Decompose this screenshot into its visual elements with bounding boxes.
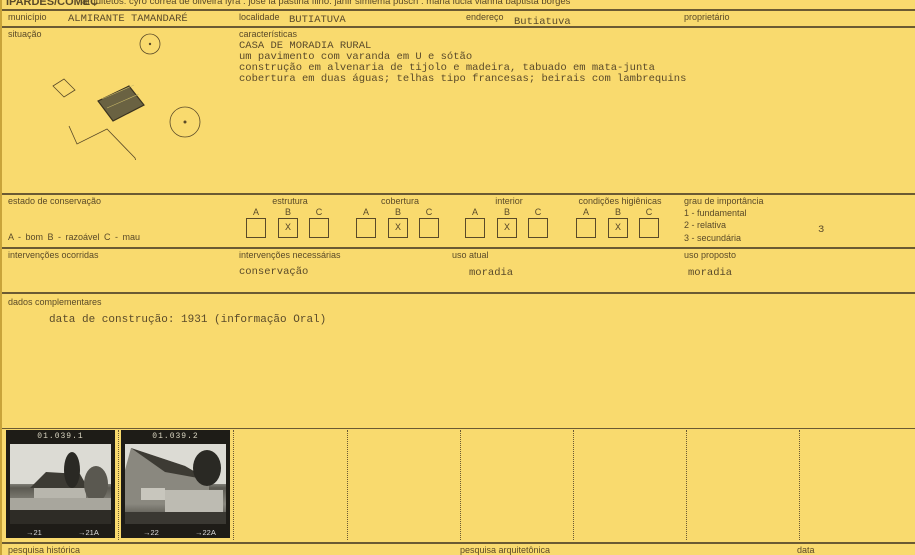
divider [2, 193, 915, 195]
divider [2, 542, 915, 544]
photo-number: 01.039.1 [6, 432, 115, 441]
caracteristicas-line: cobertura em duas águas; telhas tipo fra… [239, 73, 686, 85]
letter-b: B [388, 207, 408, 217]
photo-slot-divider [460, 430, 461, 540]
intervencoes-ocorridas-label: intervenções ocorridas [8, 250, 99, 260]
checkbox-a[interactable] [356, 218, 376, 238]
localidade-label: localidade [239, 12, 280, 22]
letter-a: A [576, 207, 596, 217]
letter-b: B [497, 207, 517, 217]
proprietario-label: proprietário [684, 12, 730, 22]
caracteristicas-label: características [239, 29, 297, 39]
house-photo-icon [10, 444, 111, 524]
endereco-label: endereço [466, 12, 504, 22]
letter-c: C [309, 207, 329, 217]
photo-slot-divider [686, 430, 687, 540]
importancia-label: grau de importância [684, 196, 764, 206]
photo-slot-divider [233, 430, 234, 540]
checkbox-c[interactable] [528, 218, 548, 238]
photo-number: 01.039.2 [121, 432, 230, 441]
checkbox-c[interactable] [309, 218, 329, 238]
checkbox-c[interactable] [419, 218, 439, 238]
frame-label: →21 [26, 528, 42, 537]
letter-b: B [608, 207, 628, 217]
localidade-value: BUTIATUVA [289, 14, 346, 26]
uso-proposto-value: moradia [688, 267, 732, 279]
site-plan-sketch-icon [32, 30, 222, 160]
checkbox-a[interactable] [246, 218, 266, 238]
photo-slot-divider [799, 430, 800, 540]
data-label: data [797, 545, 815, 555]
checkbox-a[interactable] [465, 218, 485, 238]
architects-credits: arquitetos: cyro corrêa de oliveira lyra… [82, 0, 570, 7]
letter-c: C [528, 207, 548, 217]
group-title: condições higiênicas [572, 196, 668, 206]
divider [2, 247, 915, 249]
letter-c: C [639, 207, 659, 217]
complementares-label: dados complementares [8, 297, 102, 307]
municipio-value: ALMIRANTE TAMANDARÉ [68, 13, 188, 25]
interior-group: interior A B C X [461, 196, 557, 244]
conservacao-label: estado de conservação [8, 196, 101, 206]
checkbox-b[interactable]: X [608, 218, 628, 238]
group-title: interior [461, 196, 557, 206]
intervencoes-necessarias-label: intervenções necessárias [239, 250, 341, 260]
condicoes-higienicas-group: condições higiênicas A B C X [572, 196, 668, 244]
letter-a: A [356, 207, 376, 217]
divider [2, 9, 915, 11]
pesquisa-historica-label: pesquisa histórica [8, 545, 80, 555]
importancia-value: 3 [818, 224, 824, 236]
letter-a: A [465, 207, 485, 217]
importancia-option: 2 - relativa [684, 220, 726, 230]
letter-b: B [278, 207, 298, 217]
divider [2, 292, 915, 294]
checkbox-c[interactable] [639, 218, 659, 238]
uso-proposto-label: uso proposto [684, 250, 736, 260]
cobertura-group: cobertura A B C X [352, 196, 448, 244]
intervencoes-necessarias-value: conservação [239, 266, 308, 278]
group-title: estrutura [242, 196, 338, 206]
photo-slot-divider [573, 430, 574, 540]
divider [2, 26, 915, 28]
house-photo-icon [125, 444, 226, 524]
photo-slot-divider [118, 430, 119, 540]
conservacao-legend: A - bom B - razoável C - mau [8, 232, 140, 242]
checkbox-b[interactable]: X [497, 218, 517, 238]
complementares-value: data de construção: 1931 (informação Ora… [49, 314, 326, 326]
frame-label: →22 [143, 528, 159, 537]
importancia-option: 3 - secundária [684, 233, 741, 243]
photo-slot-divider [347, 430, 348, 540]
uso-atual-value: moradia [469, 267, 513, 279]
pesquisa-arquitetonica-label: pesquisa arquitetônica [460, 545, 550, 555]
frame-label: →21A [78, 528, 99, 537]
municipio-label: município [8, 12, 47, 22]
letter-a: A [246, 207, 266, 217]
letter-c: C [419, 207, 439, 217]
uso-atual-label: uso atual [452, 250, 489, 260]
estrutura-group: estrutura A B C X [242, 196, 338, 244]
importancia-option: 1 - fundamental [684, 208, 747, 218]
group-title: cobertura [352, 196, 448, 206]
divider [2, 428, 915, 429]
frame-label: →22A [195, 528, 216, 537]
checkbox-a[interactable] [576, 218, 596, 238]
checkbox-b[interactable]: X [278, 218, 298, 238]
checkbox-b[interactable]: X [388, 218, 408, 238]
photo-2[interactable]: 01.039.2 →22 →22A [121, 430, 230, 538]
photo-1[interactable]: 01.039.1 →21 →21A [6, 430, 115, 538]
inventory-card: IPARDES/COMEC arquitetos: cyro corrêa de… [0, 0, 915, 555]
